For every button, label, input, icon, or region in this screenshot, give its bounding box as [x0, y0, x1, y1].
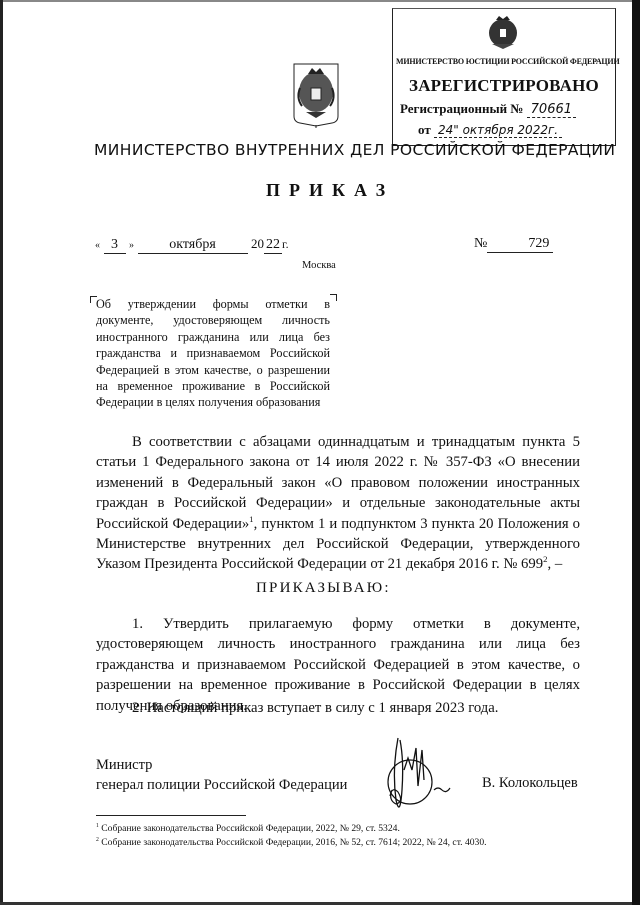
stamp-regno-label: Регистрационный №	[400, 101, 523, 116]
stamp-date-label: от	[418, 122, 431, 137]
footnote-text: Собрание законодательства Российской Фед…	[99, 837, 487, 848]
orders-heading: ПРИКАЗЫВАЮ:	[256, 580, 391, 597]
signatory-title: Министр генерал полиции Российской Федер…	[96, 755, 347, 795]
scan-edge-top	[0, 0, 632, 2]
footnote-text: Собрание законодательства Российской Фед…	[99, 823, 400, 834]
signatory-title-line1: Министр	[96, 755, 347, 775]
subject-bracket-right	[330, 294, 337, 301]
quote-open: «	[95, 240, 100, 251]
order-number: №729	[474, 236, 553, 253]
order-item-2: 2. Настоящий приказ вступает в силу с 1 …	[132, 700, 572, 717]
footnote-divider	[96, 815, 246, 816]
signatory-title-line2: генерал полиции Российской Федерации	[96, 775, 347, 795]
stamp-ministry-name: МИНИСТЕРСТВО ЮСТИЦИИ РОССИЙСКОЙ ФЕДЕРАЦИ…	[396, 57, 612, 66]
scan-edge-right	[632, 0, 640, 905]
city: Москва	[302, 260, 336, 271]
signatory-name: В. Колокольцев	[482, 775, 578, 792]
preamble: В соответствии с абзацами одиннадцатым и…	[96, 432, 580, 575]
number-label: №	[474, 236, 487, 251]
quote-close: »	[129, 240, 134, 251]
order-date: « 3 » октября 2022г.	[95, 236, 289, 254]
footnote-2: 2 Собрание законодательства Российской Ф…	[96, 836, 487, 850]
preamble-part3: , –	[547, 556, 562, 572]
stamp-status: ЗАРЕГИСТРИРОВАНО	[396, 76, 612, 96]
order-day: 3	[104, 237, 126, 254]
ministry-title: МИНИСТЕРСТВО ВНУТРЕННИХ ДЕЛ РОССИЙСКОЙ Ф…	[94, 141, 615, 159]
footnotes: 1 Собрание законодательства Российской Ф…	[96, 822, 487, 849]
stamp-date-value: 24" октября 2022г.	[434, 123, 562, 138]
stamp-date-row: от 24" октября 2022г.	[418, 122, 562, 138]
number-value: 729	[487, 236, 553, 253]
year-suffix: 22	[264, 237, 282, 254]
russian-coat-of-arms-icon	[292, 62, 340, 130]
russian-coat-of-arms-icon	[486, 14, 520, 50]
handwritten-signature-icon	[378, 730, 458, 820]
stamp-regno-row: Регистрационный № 70661	[400, 101, 576, 117]
document-type-title: ПРИКАЗ	[266, 180, 394, 201]
order-subject: Об утверждении формы отметки в документе…	[96, 296, 330, 411]
stamp-regno-value: 70661	[527, 102, 576, 118]
scan-edge-left	[0, 0, 3, 905]
order-month: октября	[138, 237, 248, 254]
year-prefix: 20	[251, 236, 264, 251]
year-abbr: г.	[282, 237, 289, 251]
footnote-1: 1 Собрание законодательства Российской Ф…	[96, 822, 487, 836]
